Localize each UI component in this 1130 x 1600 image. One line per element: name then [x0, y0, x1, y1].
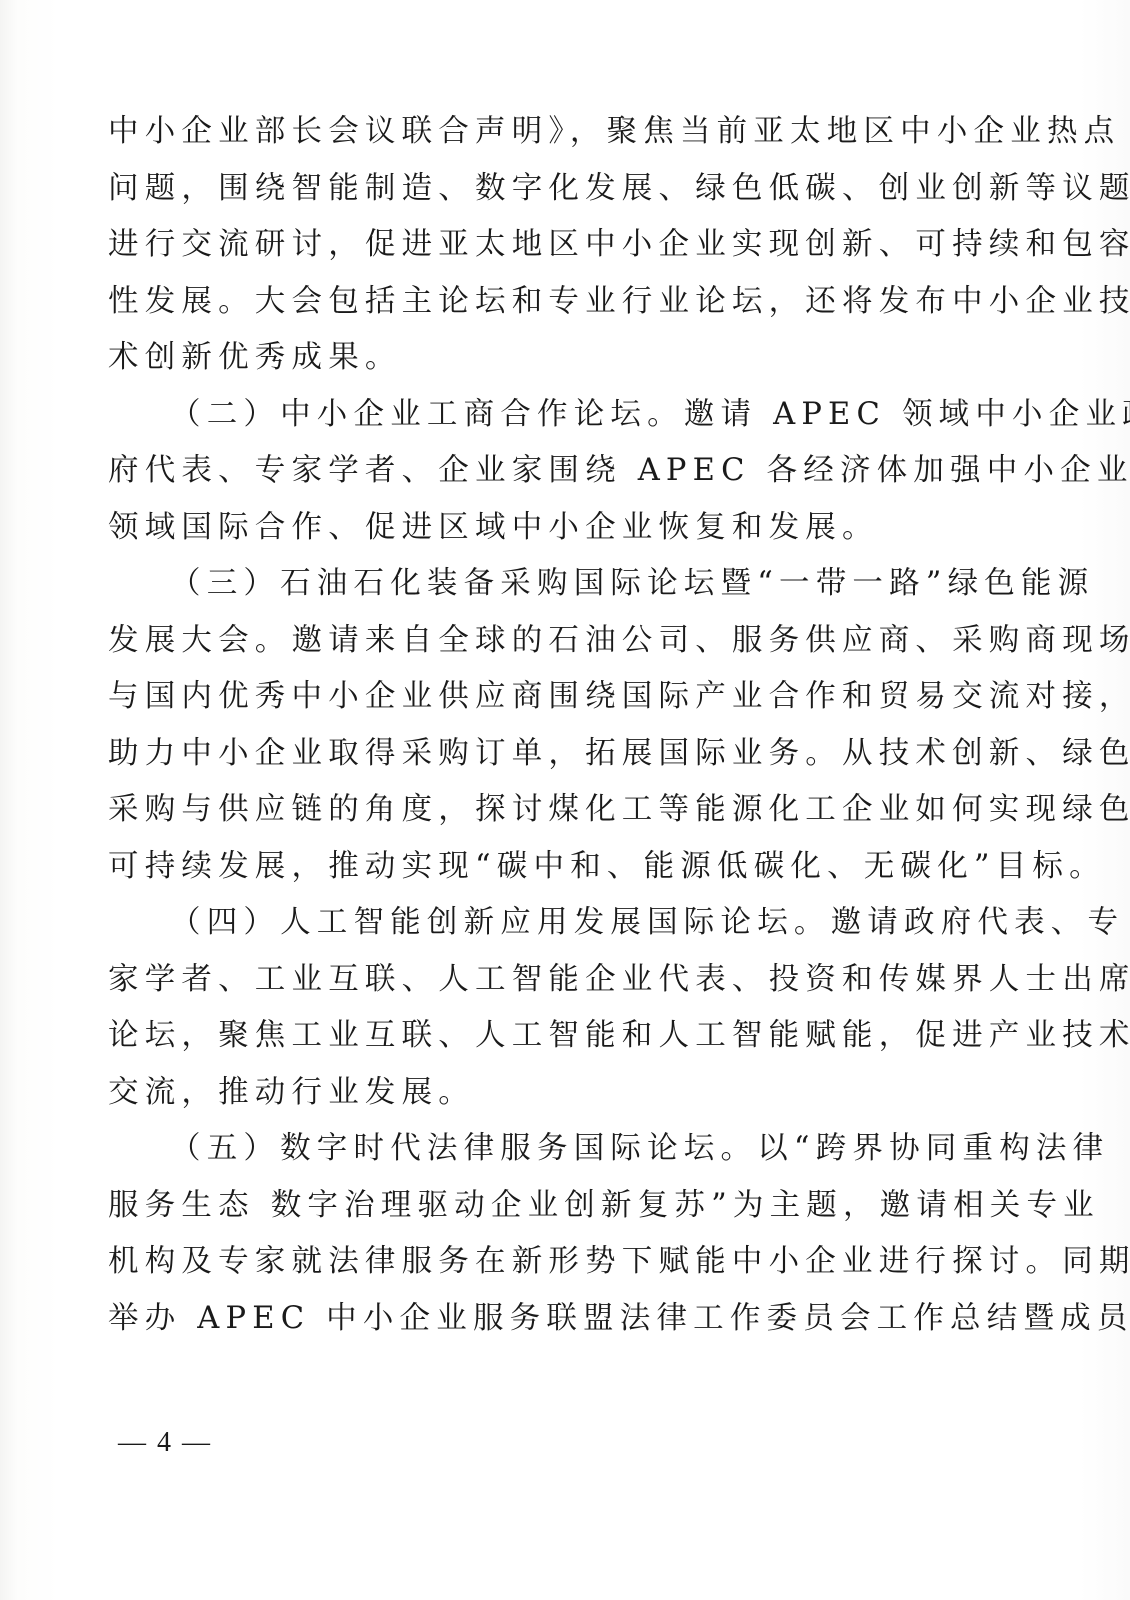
text-line: 术创新优秀成果。: [108, 330, 990, 387]
text-line: 机构及专家就法律服务在新形势下赋能中小企业进行探讨。同期: [108, 1234, 990, 1291]
text-line: 助力中小企业取得采购订单，拓展国际业务。从技术创新、绿色: [108, 726, 990, 783]
text-line: 交流，推动行业发展。: [108, 1065, 990, 1122]
text-line: 府代表、专家学者、企业家围绕 APEC 各经济体加强中小企业: [108, 443, 990, 500]
text-line: 领域国际合作、促进区域中小企业恢复和发展。: [108, 500, 990, 557]
paragraph-digital-legal-services-forum: （五）数字时代法律服务国际论坛。以“跨界协同重构法律 服务生态 数字治理驱动企业…: [108, 1121, 990, 1347]
text-line: 发展大会。邀请来自全球的石油公司、服务供应商、采购商现场: [108, 613, 990, 670]
paragraph-petroleum-procurement-forum: （三）石油石化装备采购国际论坛暨“一带一路”绿色能源 发展大会。邀请来自全球的石…: [108, 556, 990, 895]
text-line: 举办 APEC 中小企业服务联盟法律工作委员会工作总结暨成员: [108, 1291, 990, 1348]
text-line: 服务生态 数字治理驱动企业创新复苏”为主题，邀请相关专业: [108, 1178, 990, 1235]
text-line: 可持续发展，推动实现“碳中和、能源低碳化、无碳化”目标。: [108, 839, 990, 896]
text-line: 与国内优秀中小企业供应商围绕国际产业合作和贸易交流对接，: [108, 669, 990, 726]
document-page: 中小企业部长会议联合声明》，聚焦当前亚太地区中小企业热点 问题，围绕智能制造、数…: [0, 0, 1130, 1600]
text-line: 论坛，聚焦工业互联、人工智能和人工智能赋能，促进产业技术: [108, 1008, 990, 1065]
paragraph-summit-continuation: 中小企业部长会议联合声明》，聚焦当前亚太地区中小企业热点 问题，围绕智能制造、数…: [108, 104, 990, 387]
paragraph-ai-innovation-forum: （四）人工智能创新应用发展国际论坛。邀请政府代表、专 家学者、工业互联、人工智能…: [108, 895, 990, 1121]
paragraph-sme-business-cooperation-forum: （二）中小企业工商合作论坛。邀请 APEC 领域中小企业政 府代表、专家学者、企…: [108, 387, 990, 557]
text-line: （四）人工智能创新应用发展国际论坛。邀请政府代表、专: [108, 895, 990, 952]
text-line: （三）石油石化装备采购国际论坛暨“一带一路”绿色能源: [108, 556, 990, 613]
text-line: 中小企业部长会议联合声明》，聚焦当前亚太地区中小企业热点: [108, 104, 990, 161]
text-line: 进行交流研讨，促进亚太地区中小企业实现创新、可持续和包容: [108, 217, 990, 274]
text-line: 家学者、工业互联、人工智能企业代表、投资和传媒界人士出席: [108, 952, 990, 1009]
document-body: 中小企业部长会议联合声明》，聚焦当前亚太地区中小企业热点 问题，围绕智能制造、数…: [108, 104, 990, 1347]
text-line: 问题，围绕智能制造、数字化发展、绿色低碳、创业创新等议题: [108, 161, 990, 218]
text-line: （二）中小企业工商合作论坛。邀请 APEC 领域中小企业政: [108, 387, 990, 444]
text-line: （五）数字时代法律服务国际论坛。以“跨界协同重构法律: [108, 1121, 990, 1178]
text-line: 性发展。大会包括主论坛和专业行业论坛，还将发布中小企业技: [108, 274, 990, 331]
text-line: 采购与供应链的角度，探讨煤化工等能源化工企业如何实现绿色: [108, 782, 990, 839]
page-number: — 4 —: [118, 1427, 212, 1459]
